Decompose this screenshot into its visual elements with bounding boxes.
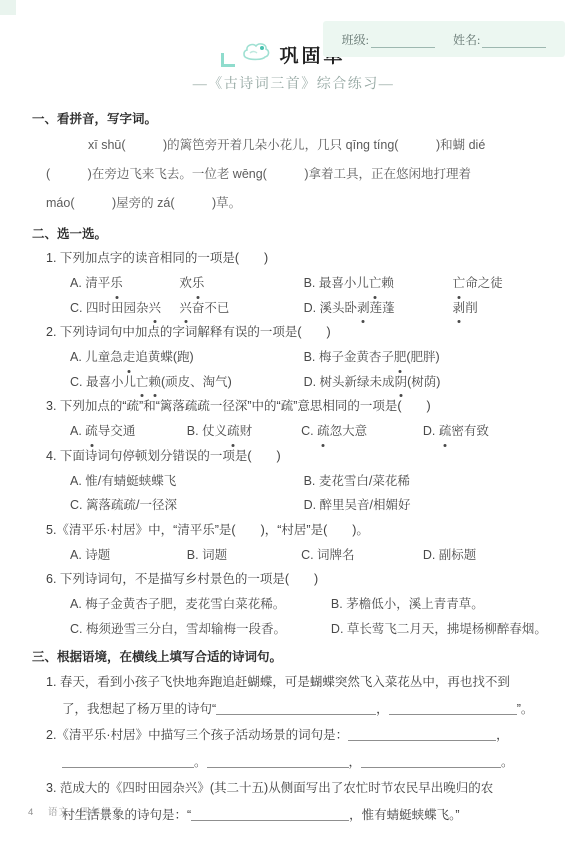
option: C. 最喜小儿亡赖(顽皮、淘气) bbox=[70, 370, 304, 395]
option: A. 儿童急走追黄蝶(跑) bbox=[70, 345, 304, 370]
student-info-box: 班级: 姓名: bbox=[323, 21, 565, 57]
question: 2.《清平乐·村居》中描写三个孩子活动场景的词句是：，。，。 bbox=[32, 722, 567, 775]
option-row: A. 梅子金黄杏子肥，麦花雪白菜花稀。B. 茅檐低小，溪上青青草。 bbox=[46, 592, 567, 617]
class-label: 班级: bbox=[342, 31, 369, 48]
answer-blank-line bbox=[62, 753, 194, 768]
option: C. 梅须逊雪三分白，雪却输梅一段香。 bbox=[70, 617, 331, 642]
dotted-char: 肥 bbox=[394, 345, 407, 370]
option: D. 醉里吴音/相媚好 bbox=[304, 493, 567, 518]
class-field: 班级: bbox=[342, 31, 435, 48]
question-line: 。，。 bbox=[46, 749, 567, 776]
option-row: C. 篱落疏疏/一径深D. 醉里吴音/相媚好 bbox=[46, 493, 567, 518]
pinyin-paragraph: xī shū( )的篱笆旁开着几朵小花儿，几只 qīng tíng( )和蝴 d… bbox=[32, 131, 567, 218]
option: B. 最喜小儿亡赖 bbox=[304, 271, 453, 296]
question: 2. 下列诗词句中加点的字词解释有误的一项是( )A. 儿童急走追黄蝶(跑)B.… bbox=[32, 320, 567, 394]
answer-blank-line bbox=[361, 753, 501, 768]
section-heading: 一、看拼音，写字词。 bbox=[32, 107, 567, 131]
page-subtitle: —《古诗词三首》综合练习— bbox=[0, 73, 587, 93]
section-heading: 二、选一选。 bbox=[32, 222, 567, 246]
option: C. 篱落疏疏/一径深 bbox=[70, 493, 304, 518]
dotted-char: 疏 bbox=[227, 419, 240, 444]
answer-blank-line bbox=[207, 753, 349, 768]
question-line: 村生活景象的诗句是：“，惟有蜻蜓蛱蝶飞。” bbox=[46, 802, 567, 829]
option: D. 副标题 bbox=[423, 543, 567, 568]
pinyin-line: ( )在旁边飞来飞去。一位老 wēng( )拿着工具，正在悠闲地打理着 bbox=[46, 160, 567, 189]
section-fill: 三、根据语境，在横线上填写合适的诗词句。1. 春天，看到小孩子飞快地奔跑追赶蝴蝶… bbox=[32, 645, 567, 828]
option: B. 仗义疏财 bbox=[187, 419, 301, 444]
option: A. 疏导交通 bbox=[70, 419, 187, 444]
option-row: C. 四时田园杂兴兴奋不已D. 溪头卧剥莲蓬剥削 bbox=[46, 296, 567, 321]
option: 剥削 bbox=[453, 296, 567, 321]
option: D. 疏密有致 bbox=[423, 419, 567, 444]
question: 3. 下列加点的“疏”和“篱落疏疏一径深”中的“疏”意思相同的一项是( )A. … bbox=[32, 394, 567, 444]
question-line: 3. 范成大的《四时田园杂兴》(其二十五)从侧面写出了农忙时节农民早出晚归的农 bbox=[46, 775, 567, 802]
dotted-char: 亡 bbox=[369, 271, 382, 296]
pinyin-line: máo( )屋旁的 zá( )草。 bbox=[46, 189, 567, 218]
question-line: 2.《清平乐·村居》中描写三个孩子活动场景的词句是：， bbox=[46, 722, 567, 749]
option: C. 词牌名 bbox=[301, 543, 423, 568]
question-stem: 6. 下列诗词句，不是描写乡村景色的一项是( ) bbox=[46, 567, 567, 592]
question-line: 1. 春天，看到小孩子飞快地奔跑追赶蝴蝶，可是蝴蝶突然飞入菜花丛中，再也找不到 bbox=[46, 669, 567, 696]
option-row: A. 诗题B. 词题C. 词牌名D. 副标题 bbox=[46, 543, 567, 568]
option: C. 疏忽大意 bbox=[301, 419, 423, 444]
dotted-char: 剥 bbox=[453, 296, 466, 321]
option-row: A. 疏导交通B. 仗义疏财C. 疏忽大意D. 疏密有致 bbox=[46, 419, 567, 444]
left-bracket-decoration bbox=[221, 53, 235, 67]
option: 亡命之徒 bbox=[453, 271, 567, 296]
option: A. 清平乐 bbox=[70, 271, 179, 296]
option: B. 梅子金黄杏子肥(肥胖) bbox=[304, 345, 567, 370]
page-number: 4 bbox=[28, 807, 34, 818]
option: A. 诗题 bbox=[70, 543, 187, 568]
dotted-char: 疏 bbox=[317, 419, 330, 444]
corner-scan-mark bbox=[0, 0, 16, 15]
question-stem: 2. 下列诗词句中加点的字词解释有误的一项是( ) bbox=[46, 320, 567, 345]
pinyin-line: xī shū( )的篱笆旁开着几朵小花儿，几只 qīng tíng( )和蝴 d… bbox=[46, 131, 567, 160]
dotted-char: 乐 bbox=[110, 271, 123, 296]
option: D. 草长莺飞二月天，拂堤杨柳醉春烟。 bbox=[331, 617, 567, 642]
question-line: 了，我想起了杨万里的诗句“，”。 bbox=[46, 696, 567, 723]
option: B. 茅檐低小，溪上青青草。 bbox=[331, 592, 567, 617]
dotted-char: 走 bbox=[123, 345, 136, 370]
option: B. 麦花雪白/菜花稀 bbox=[304, 469, 567, 494]
name-label: 姓名: bbox=[453, 31, 480, 48]
option-row: A. 清平乐欢乐B. 最喜小儿亡赖亡命之徒 bbox=[46, 271, 567, 296]
question: 6. 下列诗词句，不是描写乡村景色的一项是( )A. 梅子金黄杏子肥，麦花雪白菜… bbox=[32, 567, 567, 641]
option: A. 惟/有蜻蜓蛱蝶飞 bbox=[70, 469, 304, 494]
section-choice: 二、选一选。1. 下列加点字的读音相同的一项是( )A. 清平乐欢乐B. 最喜小… bbox=[32, 222, 567, 641]
answer-blank-line bbox=[216, 700, 376, 715]
question: 4. 下面诗词句停顿划分错误的一项是( )A. 惟/有蜻蜓蛱蝶飞B. 麦花雪白/… bbox=[32, 444, 567, 518]
name-field: 姓名: bbox=[453, 31, 546, 48]
answer-blank-line bbox=[348, 726, 496, 741]
dotted-char: 赖 bbox=[149, 370, 162, 395]
dotted-char: 阴 bbox=[395, 370, 408, 395]
dotted-char: 疏 bbox=[439, 419, 452, 444]
option: D. 树头新绿未成阴(树荫) bbox=[304, 370, 567, 395]
dotted-char: 亡 bbox=[136, 370, 149, 395]
option: A. 梅子金黄杏子肥，麦花雪白菜花稀。 bbox=[70, 592, 331, 617]
option: D. 溪头卧剥莲蓬 bbox=[304, 296, 453, 321]
dotted-char: 剥 bbox=[357, 296, 370, 321]
section-heading: 三、根据语境，在横线上填写合适的诗词句。 bbox=[32, 645, 567, 669]
answer-blank-line bbox=[191, 806, 349, 821]
worksheet-body: 一、看拼音，写字词。xī shū( )的篱笆旁开着几朵小花儿，几只 qīng t… bbox=[0, 93, 587, 828]
option: C. 四时田园杂兴 bbox=[70, 296, 179, 321]
footer-book-title: 语文 · 四年级下 bbox=[48, 807, 122, 818]
question-stem: 1. 下列加点字的读音相同的一项是( ) bbox=[46, 246, 567, 271]
question-stem: 5.《清平乐·村居》中，“清平乐”是( )，“村居”是( )。 bbox=[46, 518, 567, 543]
dotted-char: 乐 bbox=[192, 271, 205, 296]
option: B. 词题 bbox=[187, 543, 301, 568]
dotted-char: 兴 bbox=[148, 296, 161, 321]
question: 3. 范成大的《四时田园杂兴》(其二十五)从侧面写出了农忙时节农民早出晚归的农村… bbox=[32, 775, 567, 828]
question-stem: 4. 下面诗词句停顿划分错误的一项是( ) bbox=[46, 444, 567, 469]
option-row: C. 梅须逊雪三分白，雪却输梅一段香。D. 草长莺飞二月天，拂堤杨柳醉春烟。 bbox=[46, 617, 567, 642]
option-row: C. 最喜小儿亡赖(顽皮、淘气)D. 树头新绿未成阴(树荫) bbox=[46, 370, 567, 395]
question-stem: 3. 下列加点的“疏”和“篱落疏疏一径深”中的“疏”意思相同的一项是( ) bbox=[46, 394, 567, 419]
section-pinyin: 一、看拼音，写字词。xī shū( )的篱笆旁开着几朵小花儿，几只 qīng t… bbox=[32, 107, 567, 218]
answer-blank-line bbox=[389, 700, 517, 715]
option-row: A. 儿童急走追黄蝶(跑)B. 梅子金黄杏子肥(肥胖) bbox=[46, 345, 567, 370]
question: 5.《清平乐·村居》中，“清平乐”是( )，“村居”是( )。A. 诗题B. 词… bbox=[32, 518, 567, 568]
worksheet-page: 班级: 姓名: 巩固单 —《古诗词三首》综合练习— 一、看拼音，写字词。xī s… bbox=[0, 0, 587, 842]
option-row: A. 惟/有蜻蜓蛱蝶飞B. 麦花雪白/菜花稀 bbox=[46, 469, 567, 494]
question: 1. 春天，看到小孩子飞快地奔跑追赶蝴蝶，可是蝴蝶突然飞入菜花丛中，再也找不到了… bbox=[32, 669, 567, 722]
question: 1. 下列加点字的读音相同的一项是( )A. 清平乐欢乐B. 最喜小儿亡赖亡命之… bbox=[32, 246, 567, 320]
sketch-doodle-icon bbox=[241, 40, 271, 69]
option: 欢乐 bbox=[179, 271, 303, 296]
class-blank-line bbox=[371, 34, 435, 48]
option: 兴奋不已 bbox=[179, 296, 303, 321]
page-footer: 4 语文 · 四年级下 bbox=[28, 804, 122, 818]
dotted-char: 疏 bbox=[85, 419, 98, 444]
dotted-char: 兴 bbox=[179, 296, 192, 321]
dotted-char: 亡 bbox=[453, 271, 466, 296]
name-blank-line bbox=[482, 34, 546, 48]
